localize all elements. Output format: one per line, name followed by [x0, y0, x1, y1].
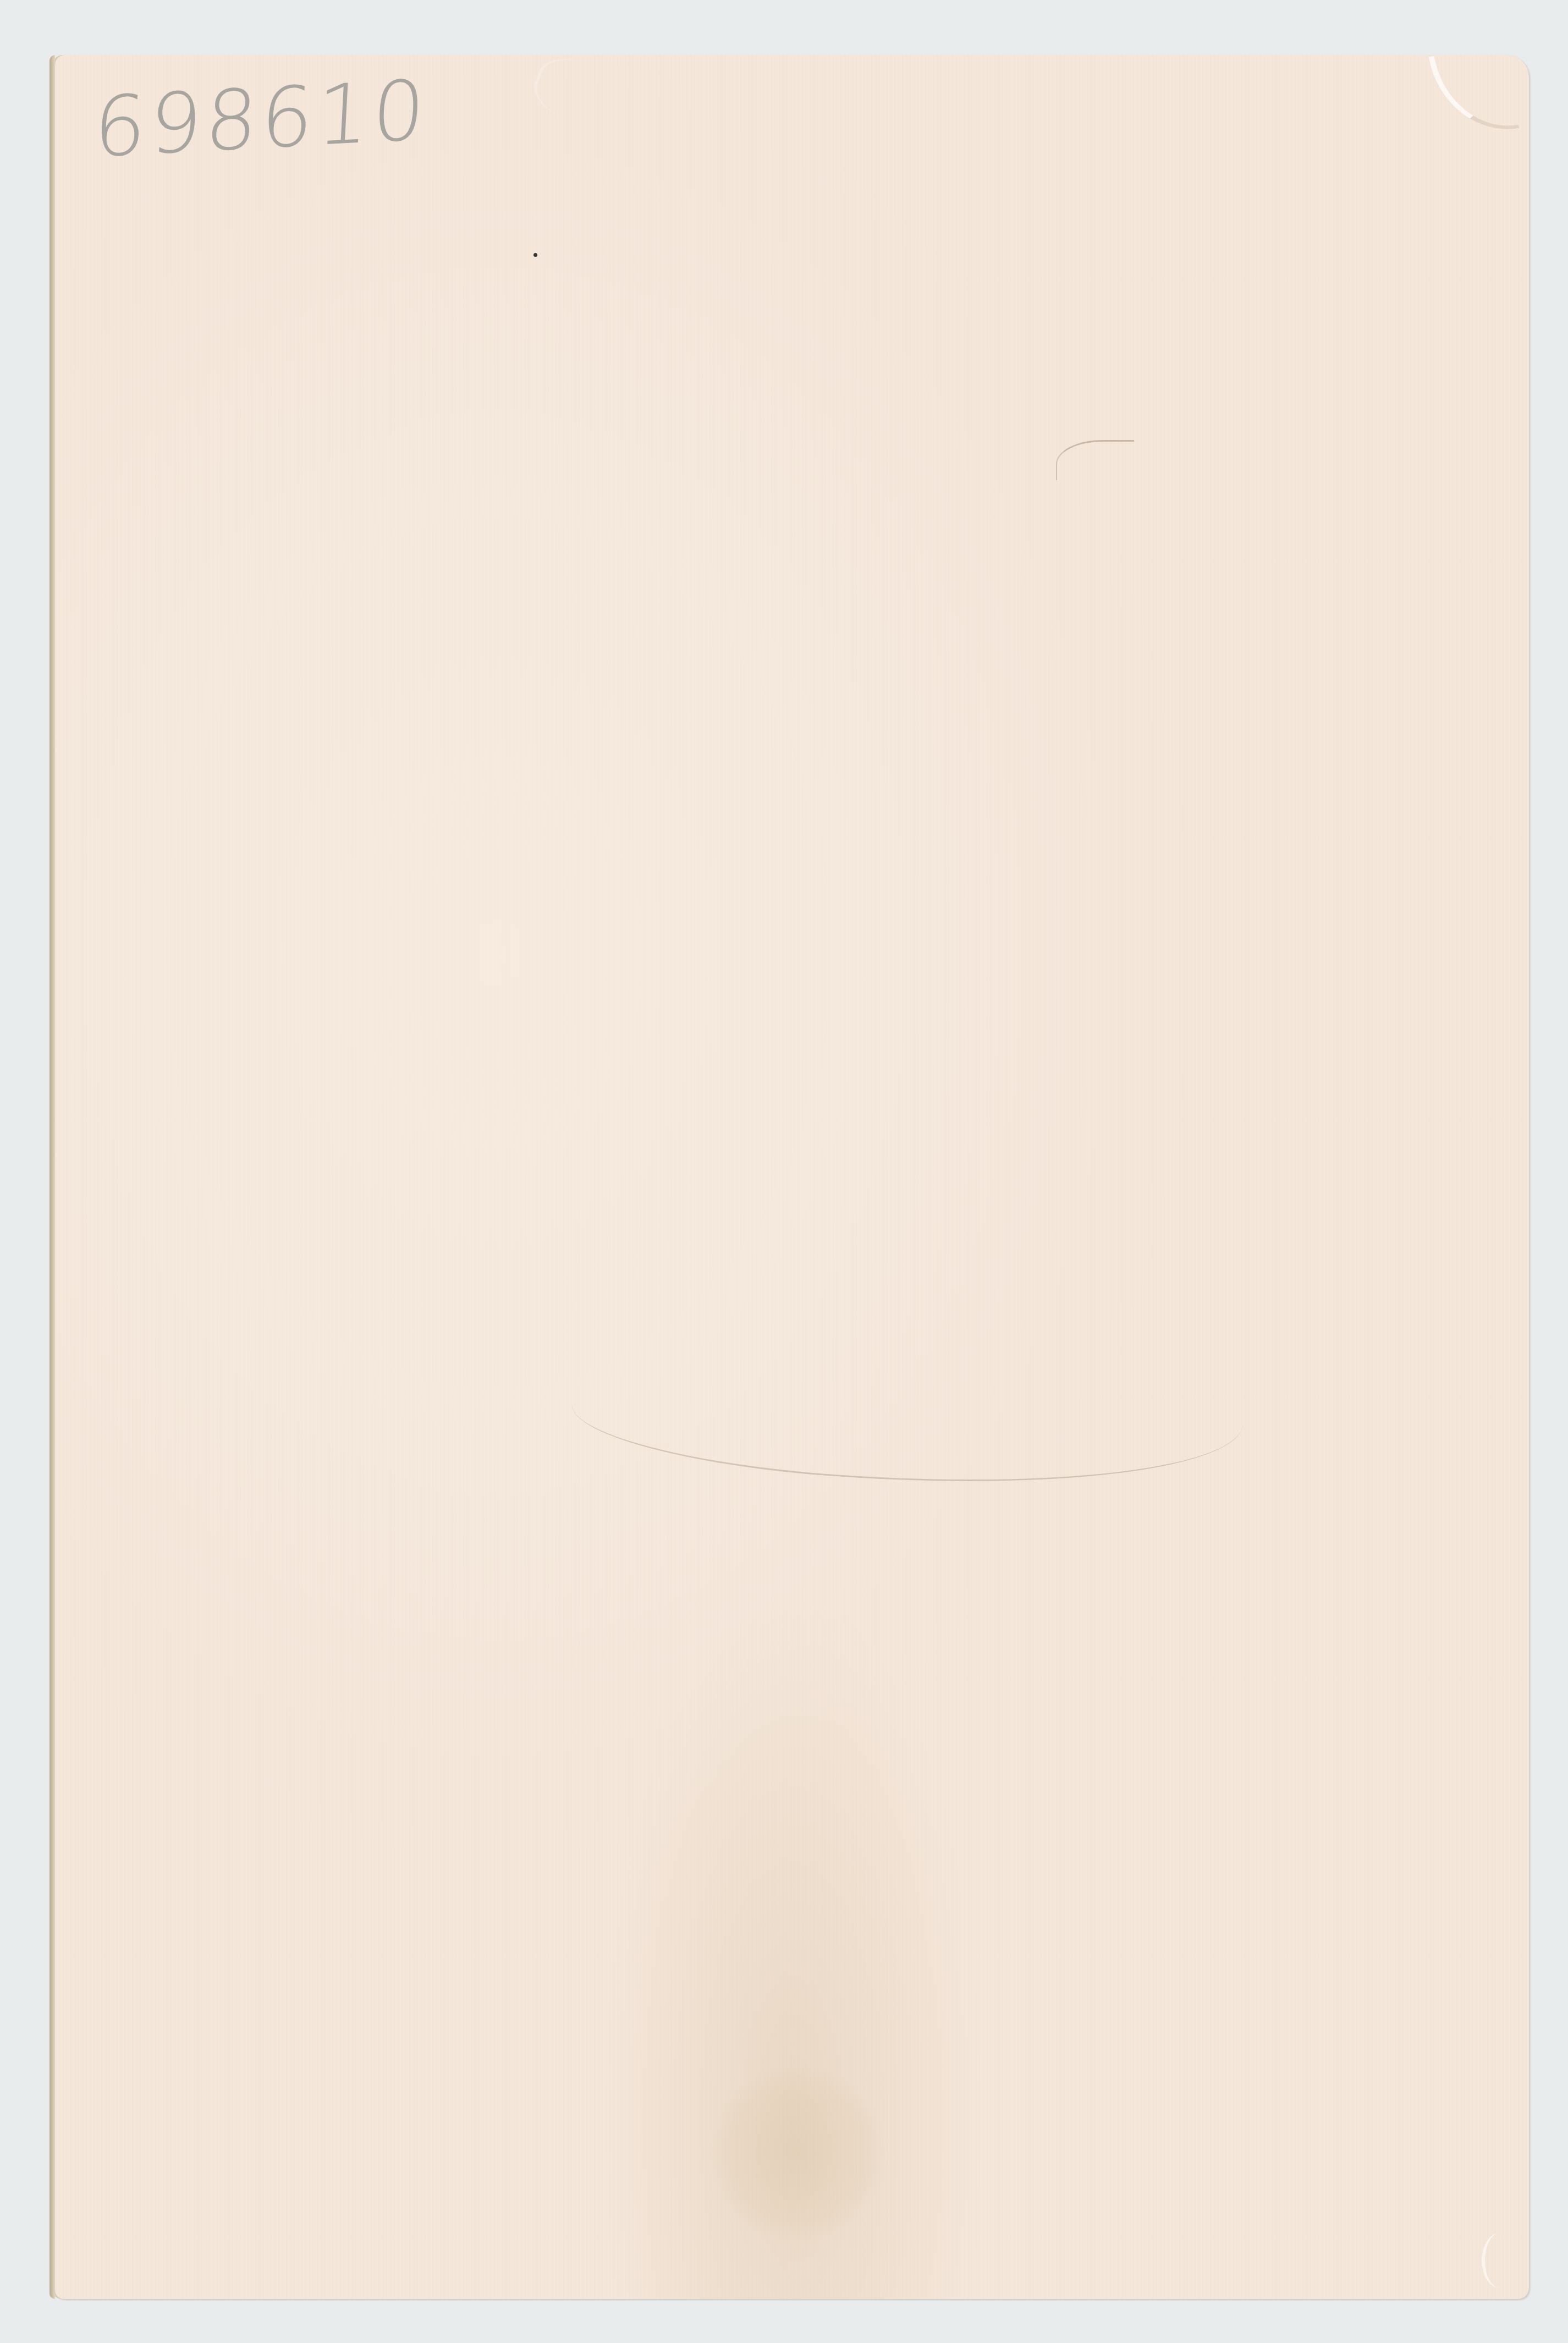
- embossed-impression: [526, 48, 653, 144]
- card-left-edge: [49, 55, 55, 2299]
- bottom-right-corner-crease: [1482, 2233, 1518, 2288]
- top-right-corner-crease: [1429, 43, 1520, 141]
- faint-stamp-stain: [709, 2062, 885, 2244]
- surface-scratch: [568, 1324, 1247, 1505]
- handwritten-catalog-number: 698610: [91, 63, 431, 177]
- ink-speck: [533, 253, 537, 257]
- surface-scratch-small: [1056, 440, 1134, 480]
- card-mount-back: 698610: [55, 55, 1529, 2299]
